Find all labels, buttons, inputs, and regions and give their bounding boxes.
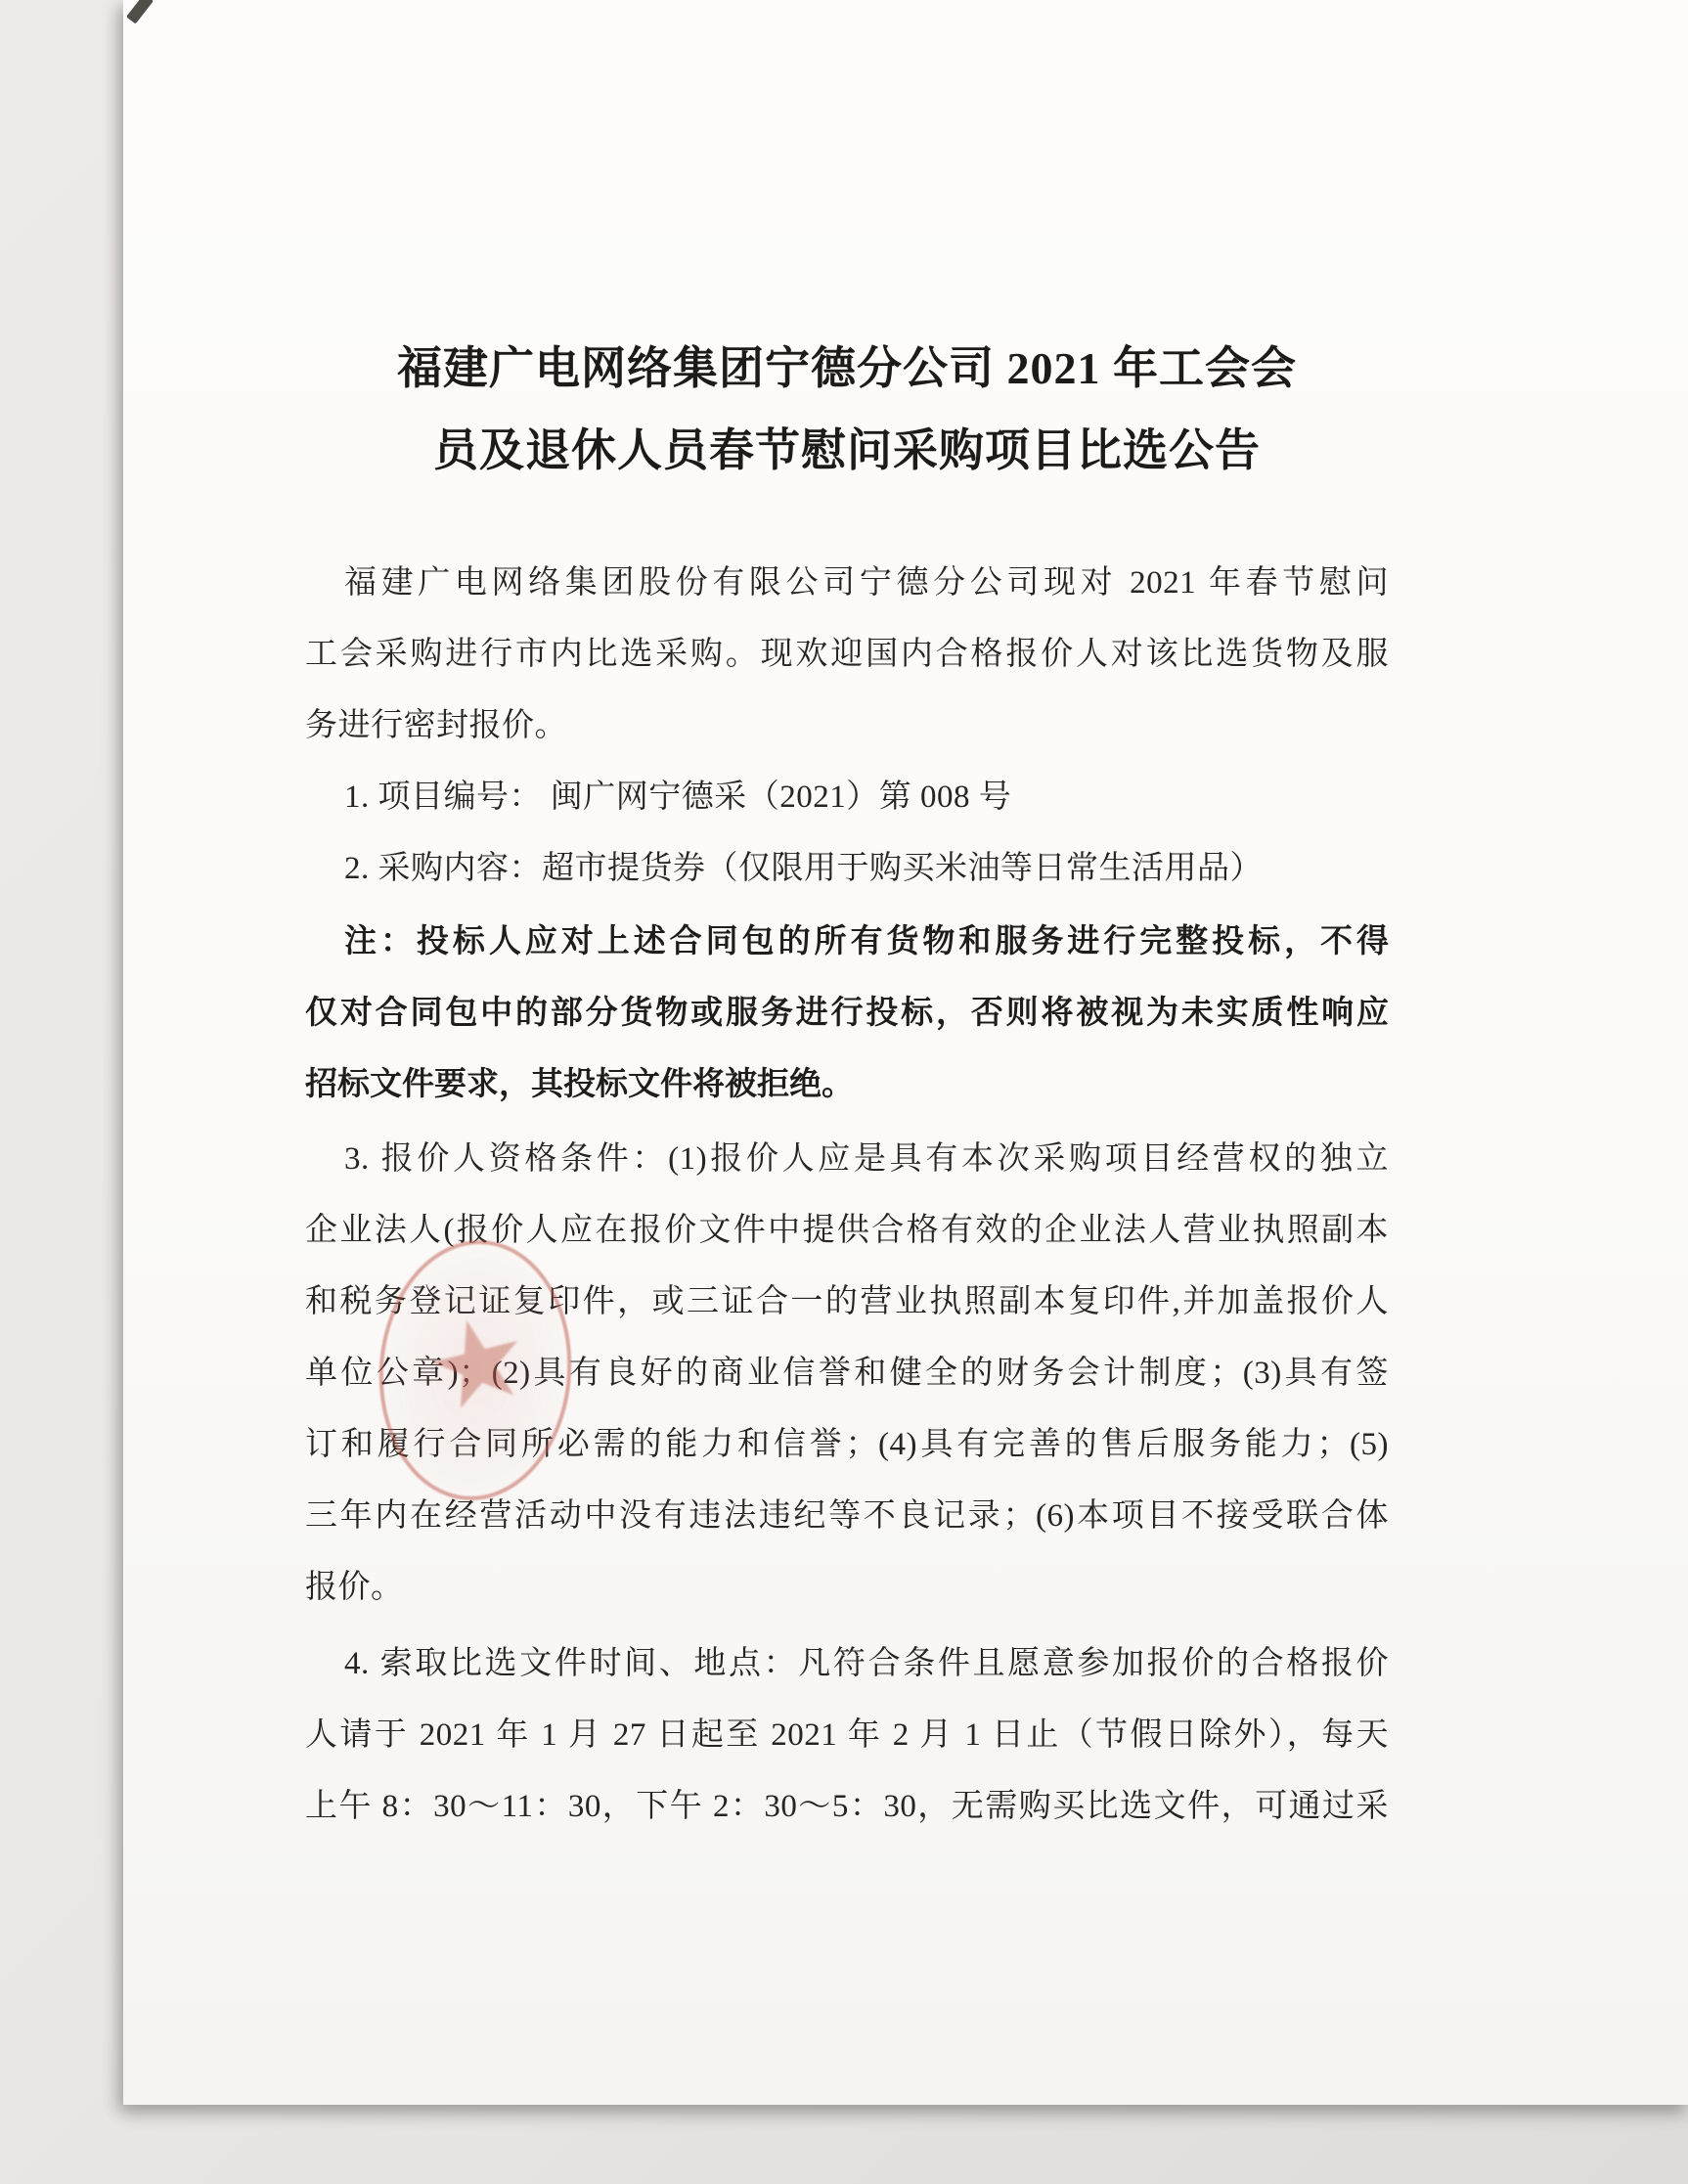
paragraph-item-4-document-collection: 4. 索取比选文件时间、地点：凡符合条件且愿意参加报价的合格报价人请于 2021… (305, 1628, 1389, 1843)
paragraph-note: 注：投标人应对上述合同包的所有货物和服务进行完整投标，不得仅对合同包中的部分货物… (305, 905, 1389, 1119)
text-line: 工会采购进行市内比选采购。现欢迎国内合格报价人对该比选货物及服 (305, 619, 1389, 691)
text-line: 订和履行合同所必需的能力和信誉；(4)具有完善的售后服务能力；(5) (305, 1409, 1389, 1481)
title-line: 福建广电网络集团宁德分公司 2021 年工会会 (305, 328, 1389, 410)
text-line: 1. 项目编号： 闽广网宁德采（2021）第 008 号 (305, 762, 1389, 833)
paragraph-item-3-qualifications: 3. 报价人资格条件：(1)报价人应是具有本次采购项目经营权的独立企业法人(报价… (305, 1124, 1389, 1624)
text-line: 企业法人(报价人应在报价文件中提供合格有效的企业法人营业执照副本 (305, 1195, 1389, 1267)
title-line: 员及退休人员春节慰问采购项目比选公告 (305, 410, 1389, 492)
document-body: 福建广电网络集团股份有限公司宁德分公司现对 2021 年春节慰问工会采购进行市内… (305, 548, 1389, 1843)
paragraph-intro: 福建广电网络集团股份有限公司宁德分公司现对 2021 年春节慰问工会采购进行市内… (305, 548, 1389, 762)
text-line: 务进行密封报价。 (305, 691, 1389, 762)
text-line: 3. 报价人资格条件：(1)报价人应是具有本次采购项目经营权的独立 (305, 1124, 1389, 1195)
text-line: 三年内在经营活动中没有违法违纪等不良记录；(6)本项目不接受联合体 (305, 1481, 1389, 1552)
text-line: 福建广电网络集团股份有限公司宁德分公司现对 2021 年春节慰问 (305, 548, 1389, 619)
document-title: 福建广电网络集团宁德分公司 2021 年工会会员及退休人员春节慰问采购项目比选公… (305, 328, 1389, 492)
text-line: 和税务登记证复印件，或三证合一的营业执照副本复印件,并加盖报价人 (305, 1267, 1389, 1338)
text-line: 报价。 (305, 1552, 1389, 1624)
text-line: 招标文件要求，其投标文件将被拒绝。 (305, 1047, 1389, 1119)
text-line: 2. 采购内容：超市提货券（仅限用于购买米油等日常生活用品） (305, 833, 1389, 905)
paragraph-item-1-project-number: 1. 项目编号： 闽广网宁德采（2021）第 008 号 (305, 762, 1389, 833)
text-line: 单位公章)；(2)具有良好的商业信誉和健全的财务会计制度；(3)具有签 (305, 1338, 1389, 1409)
text-line: 上午 8：30～11：30，下午 2：30～5：30，无需购买比选文件，可通过采 (305, 1771, 1389, 1843)
text-line: 4. 索取比选文件时间、地点：凡符合条件且愿意参加报价的合格报价 (305, 1628, 1389, 1700)
paragraph-item-2-procurement-content: 2. 采购内容：超市提货券（仅限用于购买米油等日常生活用品） (305, 833, 1389, 905)
text-line: 注：投标人应对上述合同包的所有货物和服务进行完整投标，不得 (305, 905, 1389, 976)
text-line: 仅对合同包中的部分货物或服务进行投标，否则将被视为未实质性响应 (305, 976, 1389, 1047)
text-line: 人请于 2021 年 1 月 27 日起至 2021 年 2 月 1 日止（节假… (305, 1700, 1389, 1771)
